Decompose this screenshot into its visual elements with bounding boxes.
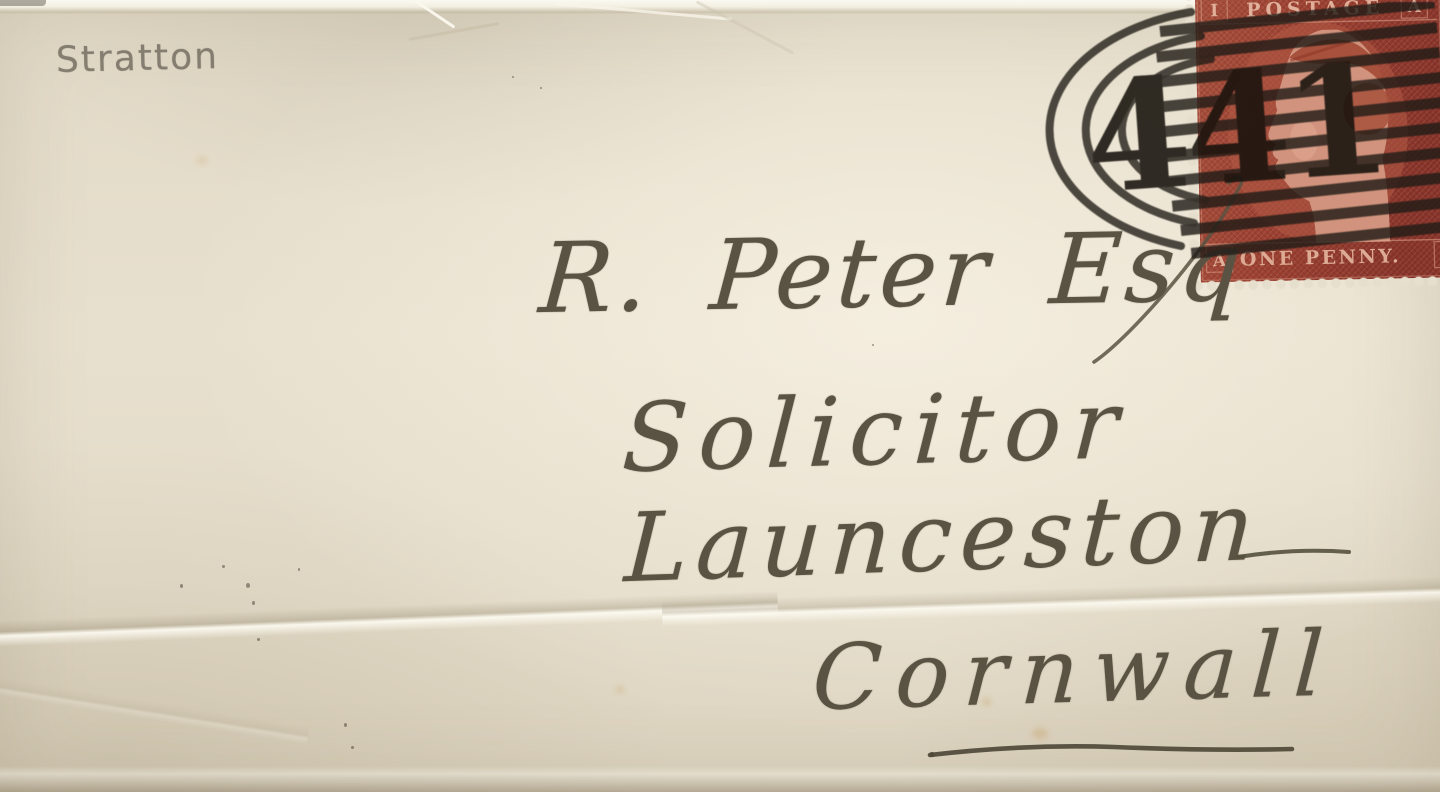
ink-speck <box>298 568 300 571</box>
address-line-occupation: Solicitor <box>619 370 1132 494</box>
ink-speck <box>257 638 260 641</box>
ink-speck <box>344 723 347 727</box>
paper-tear-line <box>408 22 499 41</box>
postmark-441-cancel: 441 <box>995 2 1440 260</box>
ink-speck <box>540 87 542 89</box>
postmark-numeral: 441 <box>1079 29 1390 228</box>
pencil-annotation: Stratton <box>56 36 220 81</box>
ink-speck <box>252 601 255 605</box>
foxing-stain <box>1032 728 1048 739</box>
scan-corner-shadow <box>0 0 46 6</box>
fold-crease <box>0 674 309 745</box>
envelope-scan: Stratton R. Peter Esq Solicitor Launcest… <box>0 0 1440 792</box>
ink-speck <box>351 746 354 749</box>
foxing-stain <box>196 156 208 165</box>
launceston-dash-stroke <box>1236 546 1352 562</box>
foxing-stain <box>616 686 624 693</box>
paper-tear-line <box>401 0 456 29</box>
ink-speck <box>246 583 250 588</box>
address-line-county: Cornwall <box>810 611 1340 731</box>
ink-speck <box>180 584 183 588</box>
ink-speck <box>222 565 225 568</box>
paper-tear-line <box>556 2 732 20</box>
ink-speck <box>512 76 514 78</box>
envelope-bottom-edge <box>0 766 1440 792</box>
address-line-town: Launceston <box>622 472 1264 604</box>
ink-speck <box>872 344 874 346</box>
paper-tear-line <box>696 0 795 54</box>
cornwall-underline-stroke <box>924 740 1298 762</box>
